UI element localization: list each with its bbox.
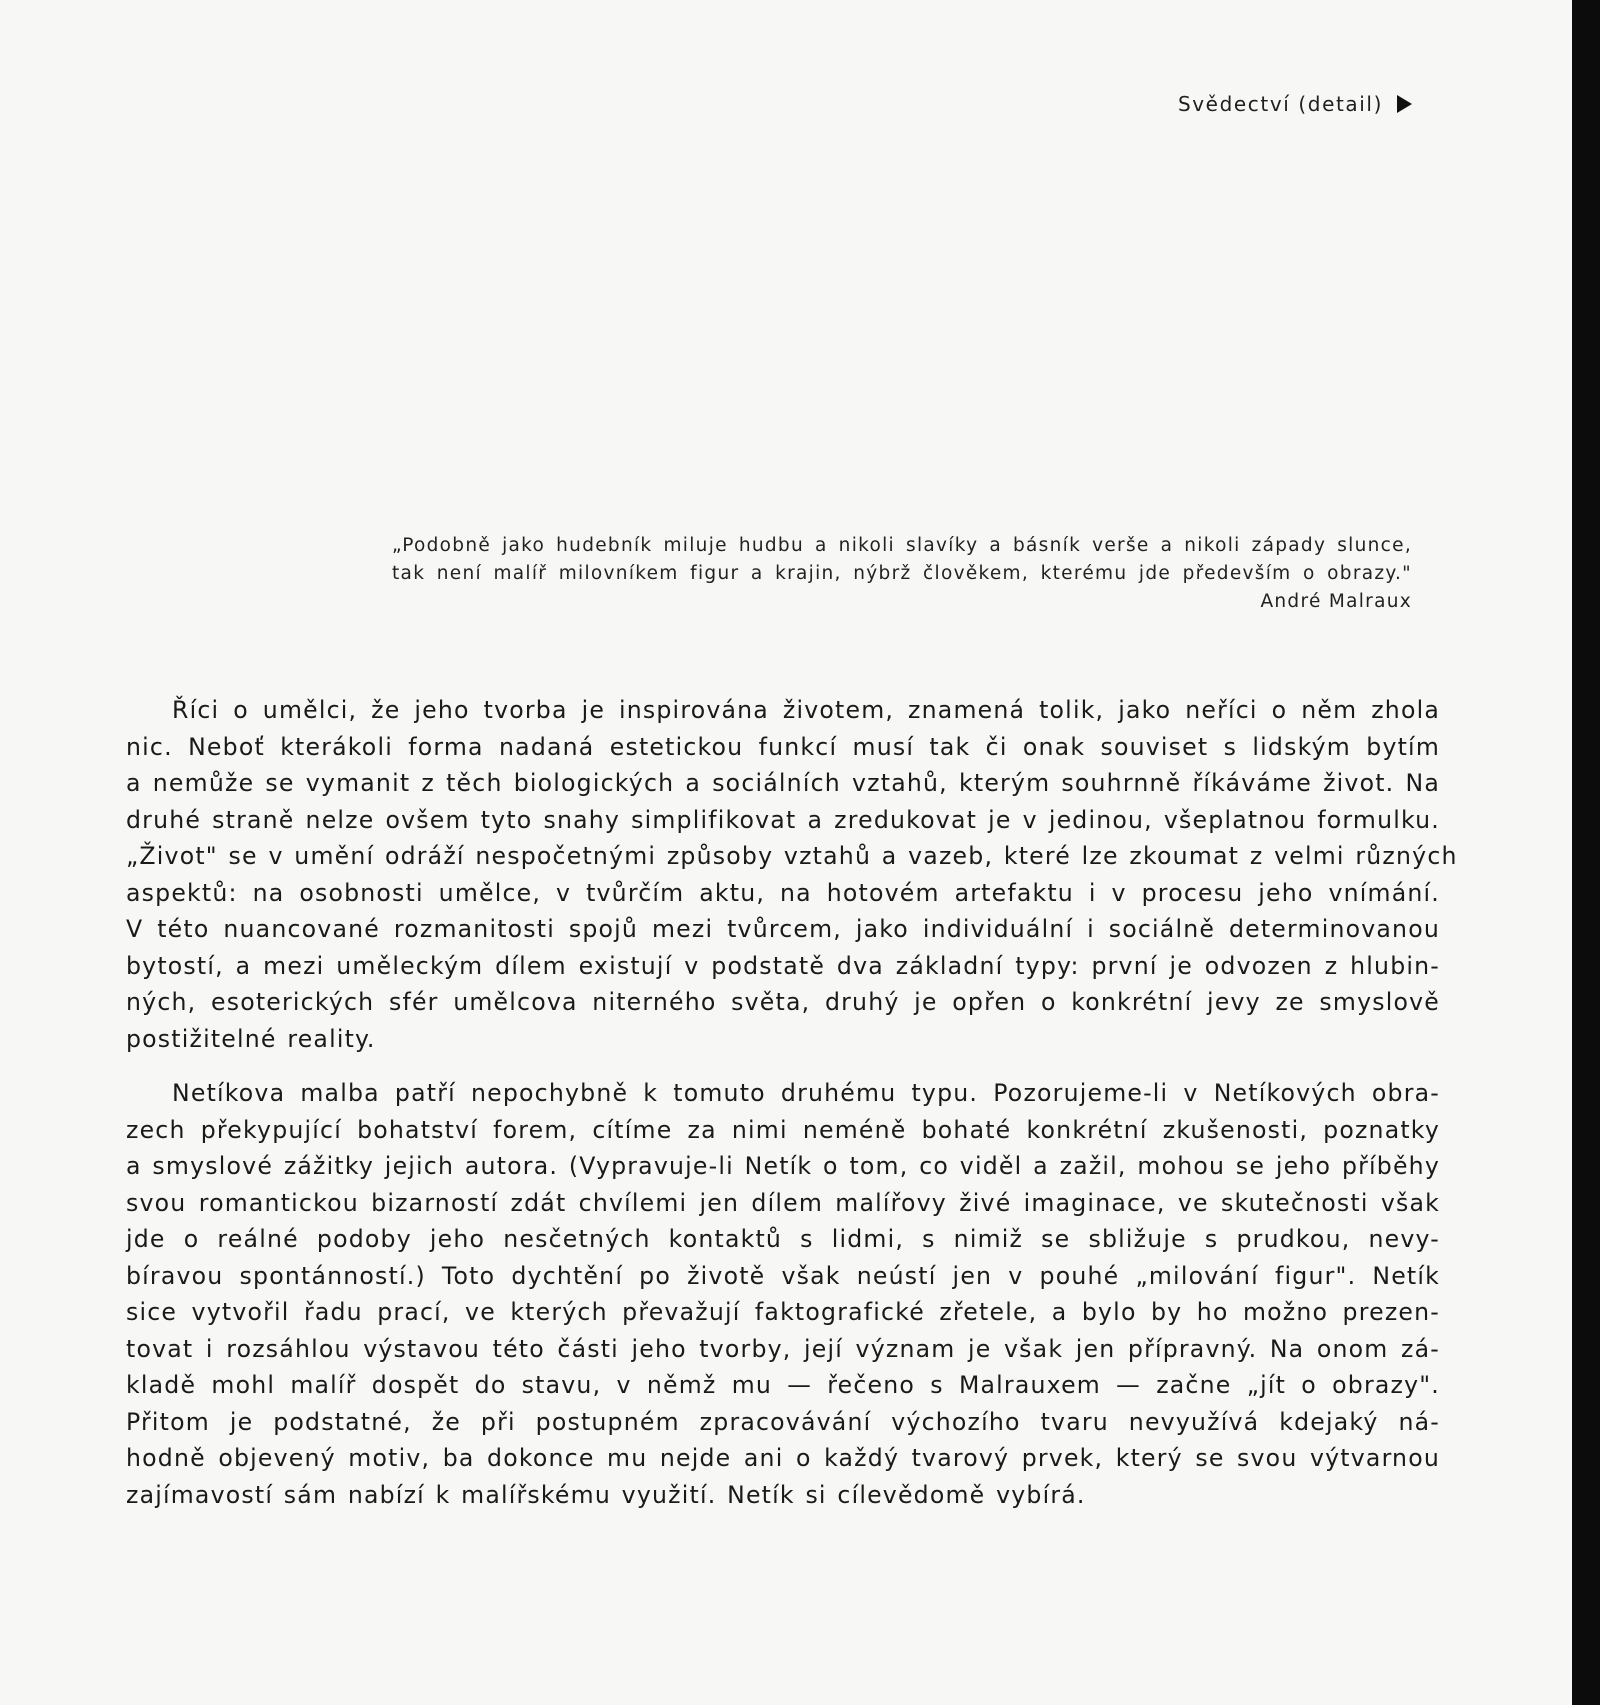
- book-page: Svědectví (detail) „Podobně jako hudební…: [0, 0, 1572, 1705]
- text-line: nic. Neboť kterákoli forma nadaná esteti…: [126, 729, 1440, 766]
- text-line: a nemůže se vymanit z těch biologických …: [126, 765, 1440, 802]
- text-line: bytostí, a mezi uměleckým dílem existují…: [126, 948, 1440, 985]
- text-line: Přitom je podstatné, že při postupném zp…: [126, 1404, 1440, 1441]
- text-line: hodně objevený motiv, ba dokonce mu nejd…: [126, 1440, 1440, 1477]
- text-line: druhé straně nelze ovšem tyto snahy simp…: [126, 802, 1440, 839]
- page-edge-shadow: [1572, 0, 1600, 1705]
- text-line: aspektů: na osobnosti umělce, v tvůrčím …: [126, 875, 1440, 912]
- text-line: Netíkova malba patří nepochybně k tomuto…: [126, 1075, 1440, 1112]
- text-line: kladě mohl malíř dospět do stavu, v němž…: [126, 1367, 1440, 1404]
- epigraph: „Podobně jako hudebník miluje hudbu a ni…: [392, 532, 1412, 616]
- epigraph-line: „Podobně jako hudebník miluje hudbu a ni…: [392, 532, 1412, 560]
- body-text: Říci o umělci, že jeho tvorba je inspiro…: [126, 692, 1440, 1531]
- text-line: bíravou spontánností.) Toto dychtění po …: [126, 1258, 1440, 1295]
- text-line: V této nuancované rozmanitosti spojů mez…: [126, 911, 1440, 948]
- text-line: zech překypující bohatství forem, cítíme…: [126, 1112, 1440, 1149]
- paragraph-2: Netíkova malba patří nepochybně k tomuto…: [126, 1075, 1440, 1513]
- text-line: postižitelné reality.: [126, 1021, 1440, 1058]
- text-line: zajímavostí sám nabízí k malířskému využ…: [126, 1477, 1440, 1514]
- epigraph-author: André Malraux: [392, 588, 1412, 616]
- text-line: sice vytvořil řadu prací, ve kterých pře…: [126, 1294, 1440, 1331]
- epigraph-line: tak není malíř milovníkem figur a krajin…: [392, 560, 1412, 588]
- text-line: jde o reálné podoby jeho nesčetných kont…: [126, 1221, 1440, 1258]
- text-line: Říci o umělci, že jeho tvorba je inspiro…: [126, 692, 1440, 729]
- text-line: „Život" se v umění odráží nespočetnými z…: [126, 838, 1440, 875]
- text-line: ných, esoterických sfér umělcova niterné…: [126, 984, 1440, 1021]
- text-line: svou romantickou bizarností zdát chvílem…: [126, 1185, 1440, 1222]
- caption-text: Svědectví (detail): [1178, 92, 1383, 116]
- text-line: tovat i rozsáhlou výstavou této části je…: [126, 1331, 1440, 1368]
- right-pointing-triangle-icon: [1397, 95, 1412, 113]
- text-line: a smyslové zážitky jejich autora. (Vypra…: [126, 1148, 1440, 1185]
- paragraph-1: Říci o umělci, že jeho tvorba je inspiro…: [126, 692, 1440, 1057]
- figure-caption: Svědectví (detail): [1178, 92, 1412, 116]
